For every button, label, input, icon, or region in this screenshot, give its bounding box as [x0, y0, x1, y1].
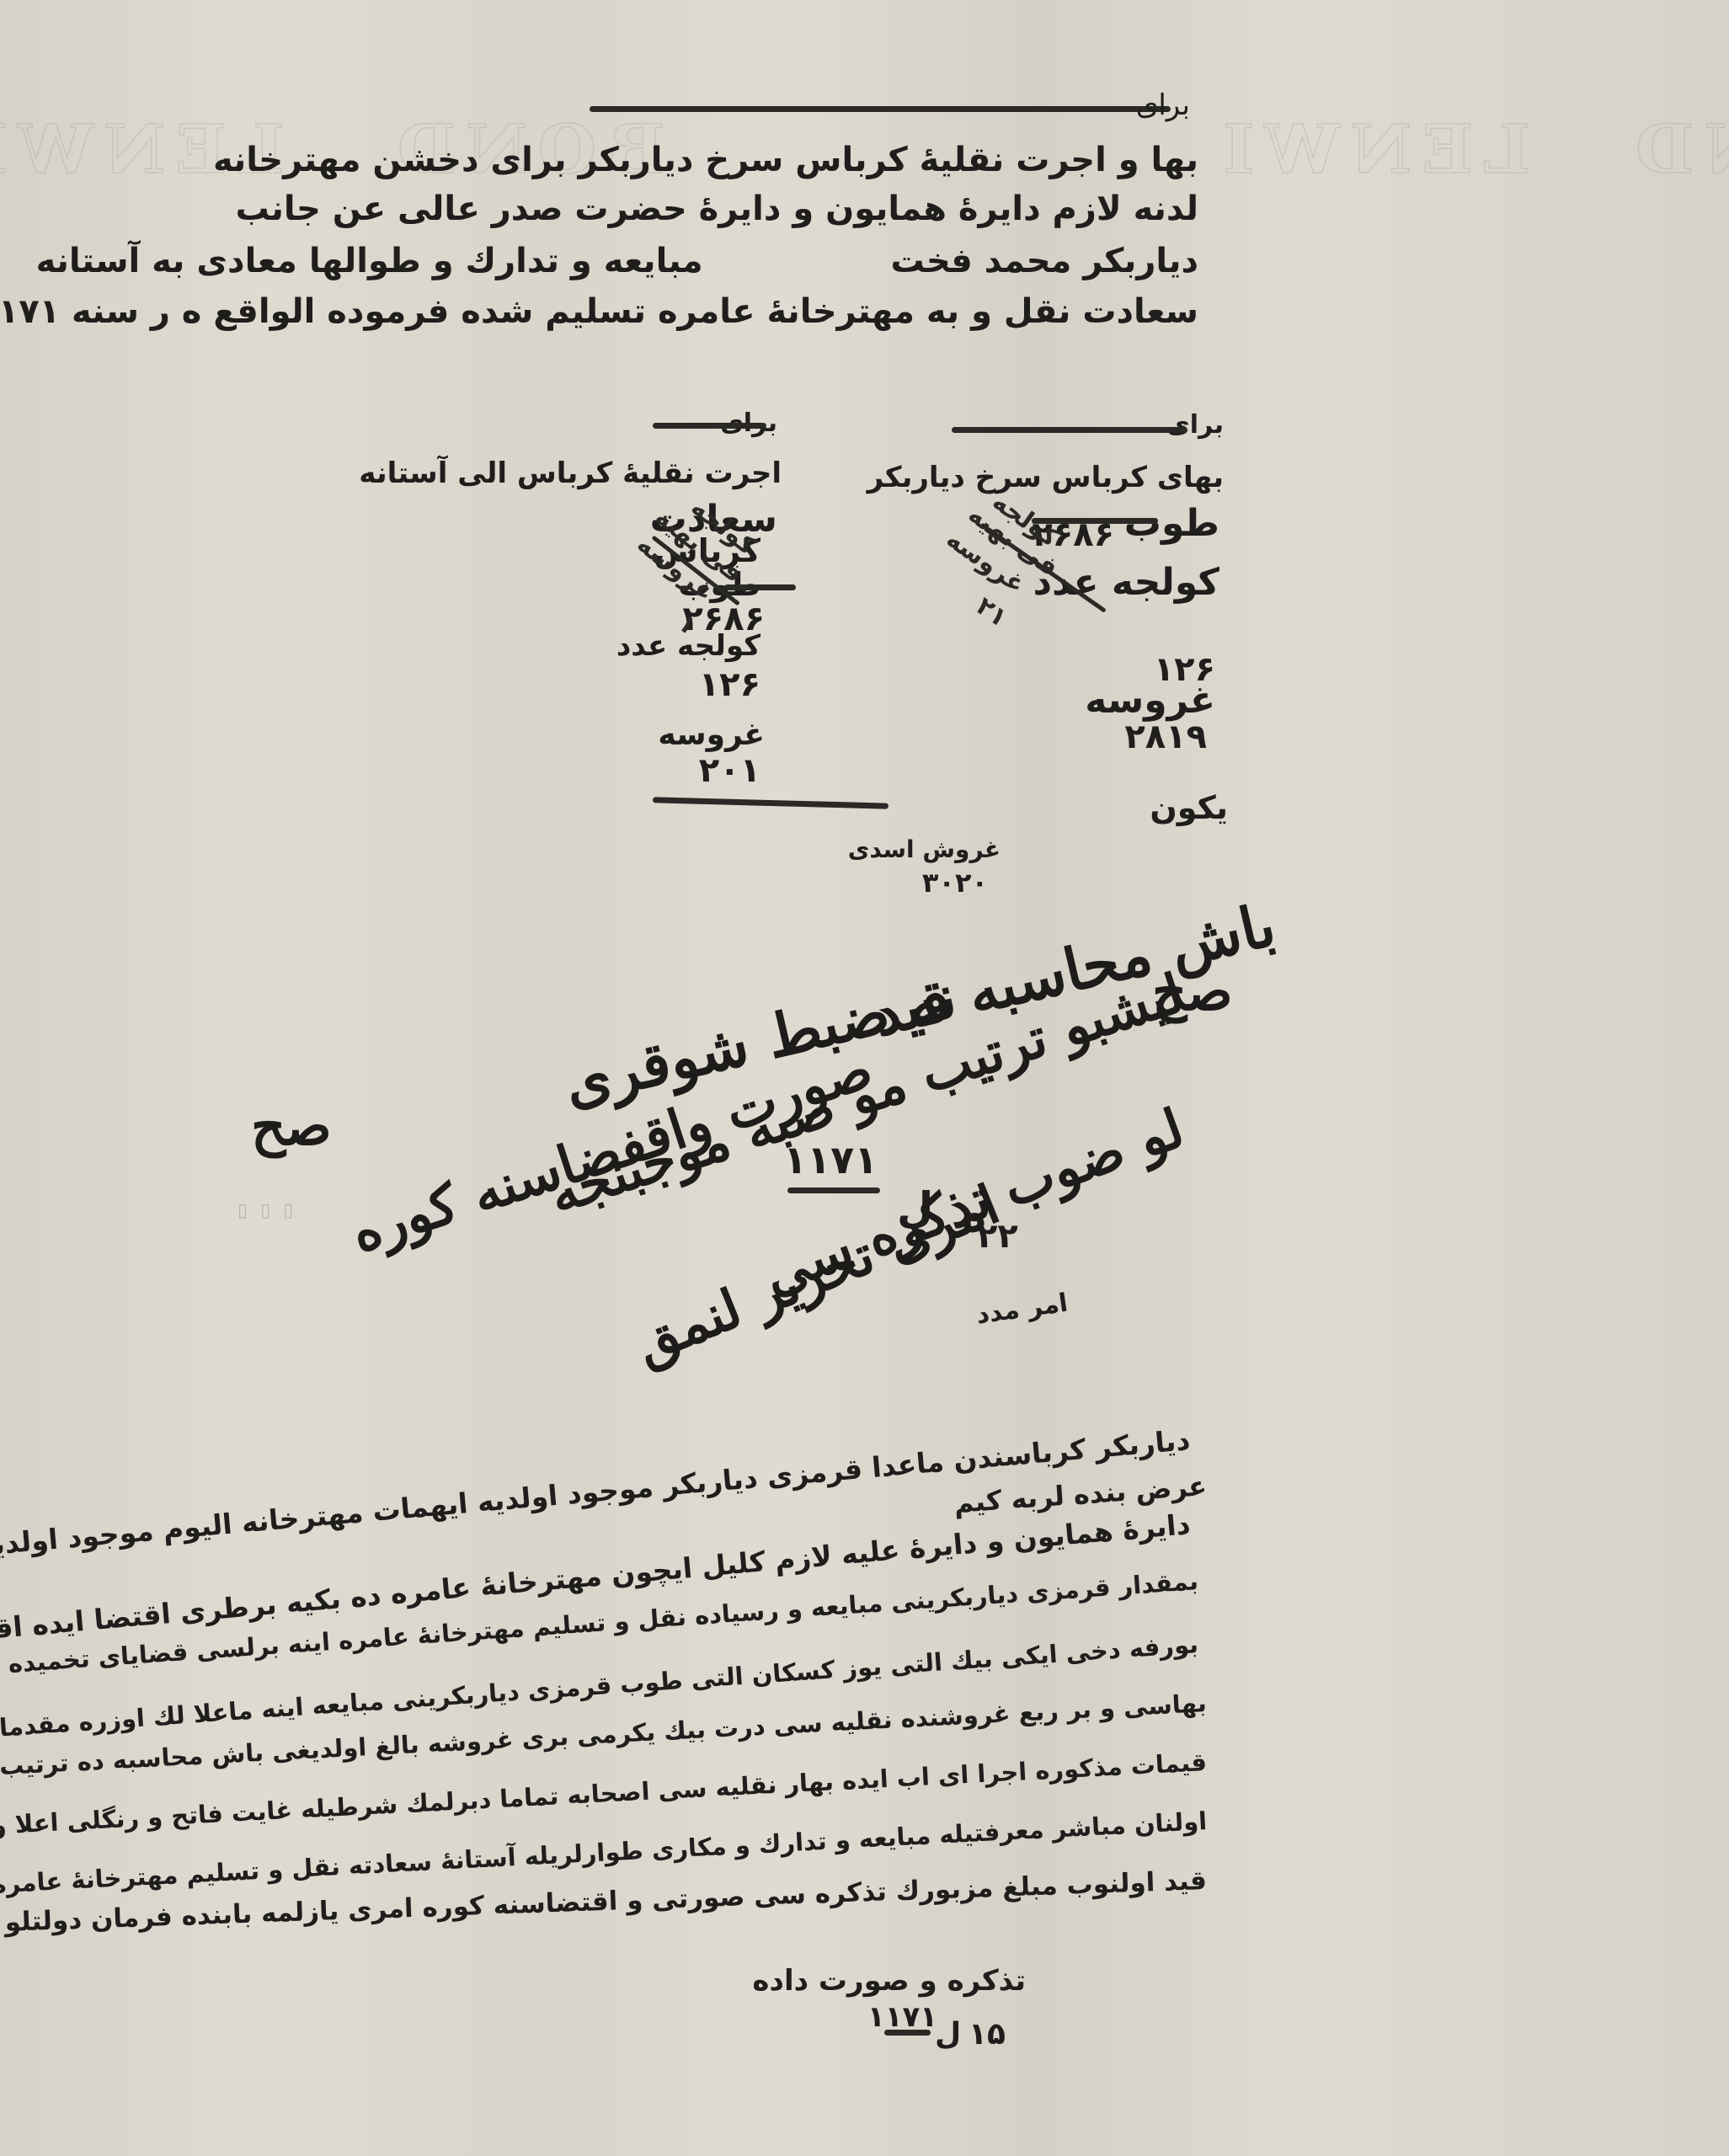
left-column-word-3: کولجه عدد — [616, 632, 760, 660]
right-column-label: برای — [1166, 413, 1224, 438]
footer-year: ۱۱۷۱ — [867, 2000, 937, 2034]
right-column-word-3: غروسه — [1085, 682, 1215, 719]
total-caption: غروش اسدی — [848, 838, 1001, 862]
footer-rule — [884, 2030, 931, 2036]
total-value: ۳۰۲۰ — [922, 869, 988, 896]
annotation-date-month: ل — [897, 1183, 933, 1232]
header-line-1: بها و اجرت نقلیهٔ کرباس سرخ دیاربکر برای… — [213, 143, 1198, 177]
annotation-date-rule — [787, 1187, 880, 1193]
watermark-center-right: LENWI — [1213, 109, 1531, 189]
document-page: LENWI BOND LENWI BOND برای بها و اجرت نق… — [0, 0, 1729, 2156]
left-column-title: اجرت نقلیهٔ کرباس الی آستانه — [359, 459, 782, 488]
header-line-2: لدنه لازم دایرهٔ همایون و دایرهٔ حضرت صد… — [236, 192, 1198, 226]
footer-month: ل — [935, 2017, 961, 2052]
left-column-value-3: ۱۲۶ — [699, 668, 760, 702]
watermark-right: BOND — [1625, 109, 1729, 189]
header-rule — [590, 106, 1171, 112]
right-diagonal-note-4: ۲۱ — [971, 591, 1013, 633]
right-column-title: بهای کرباس سرخ دیاربکر — [867, 463, 1224, 492]
header-label: برای — [1136, 91, 1190, 120]
left-column-word-4: غروسه — [658, 720, 765, 750]
annotation-mark-sahh-left: صح — [251, 1095, 332, 1158]
footer-day: ۱۵ — [969, 2017, 1006, 2052]
annotation-date-day: ۲۲ — [977, 1217, 1018, 1256]
right-column-rule — [952, 427, 1187, 433]
total-label: یکون — [1150, 792, 1228, 824]
right-column-value-3: ۲۸۱۹ — [1124, 720, 1207, 754]
header-line-3: دیاربکر محمد فخت مبایعه و تدارك و طوالها… — [36, 244, 1198, 278]
footer-title: تذکره و صورت داده — [752, 1967, 1026, 1995]
left-column-value-4: ۲۰۱ — [699, 754, 760, 787]
annotation-line-6: امری تحریر لنمق — [627, 1173, 1008, 1376]
annotation-initial: امر مدد — [974, 1291, 1069, 1329]
faint-stamp-mark: ▯ ▯ ▯ — [237, 1200, 296, 1221]
left-column-rule — [653, 423, 766, 429]
header-line-4: سعادت نقل و به مهترخانهٔ عامره تسلیم شده… — [0, 295, 1198, 328]
annotation-date-year: ۱۱۷۱ — [783, 1137, 878, 1182]
left-column-subrule — [724, 584, 796, 590]
total-rule — [653, 797, 889, 808]
right-column-subtitle: طوب — [1124, 505, 1219, 542]
